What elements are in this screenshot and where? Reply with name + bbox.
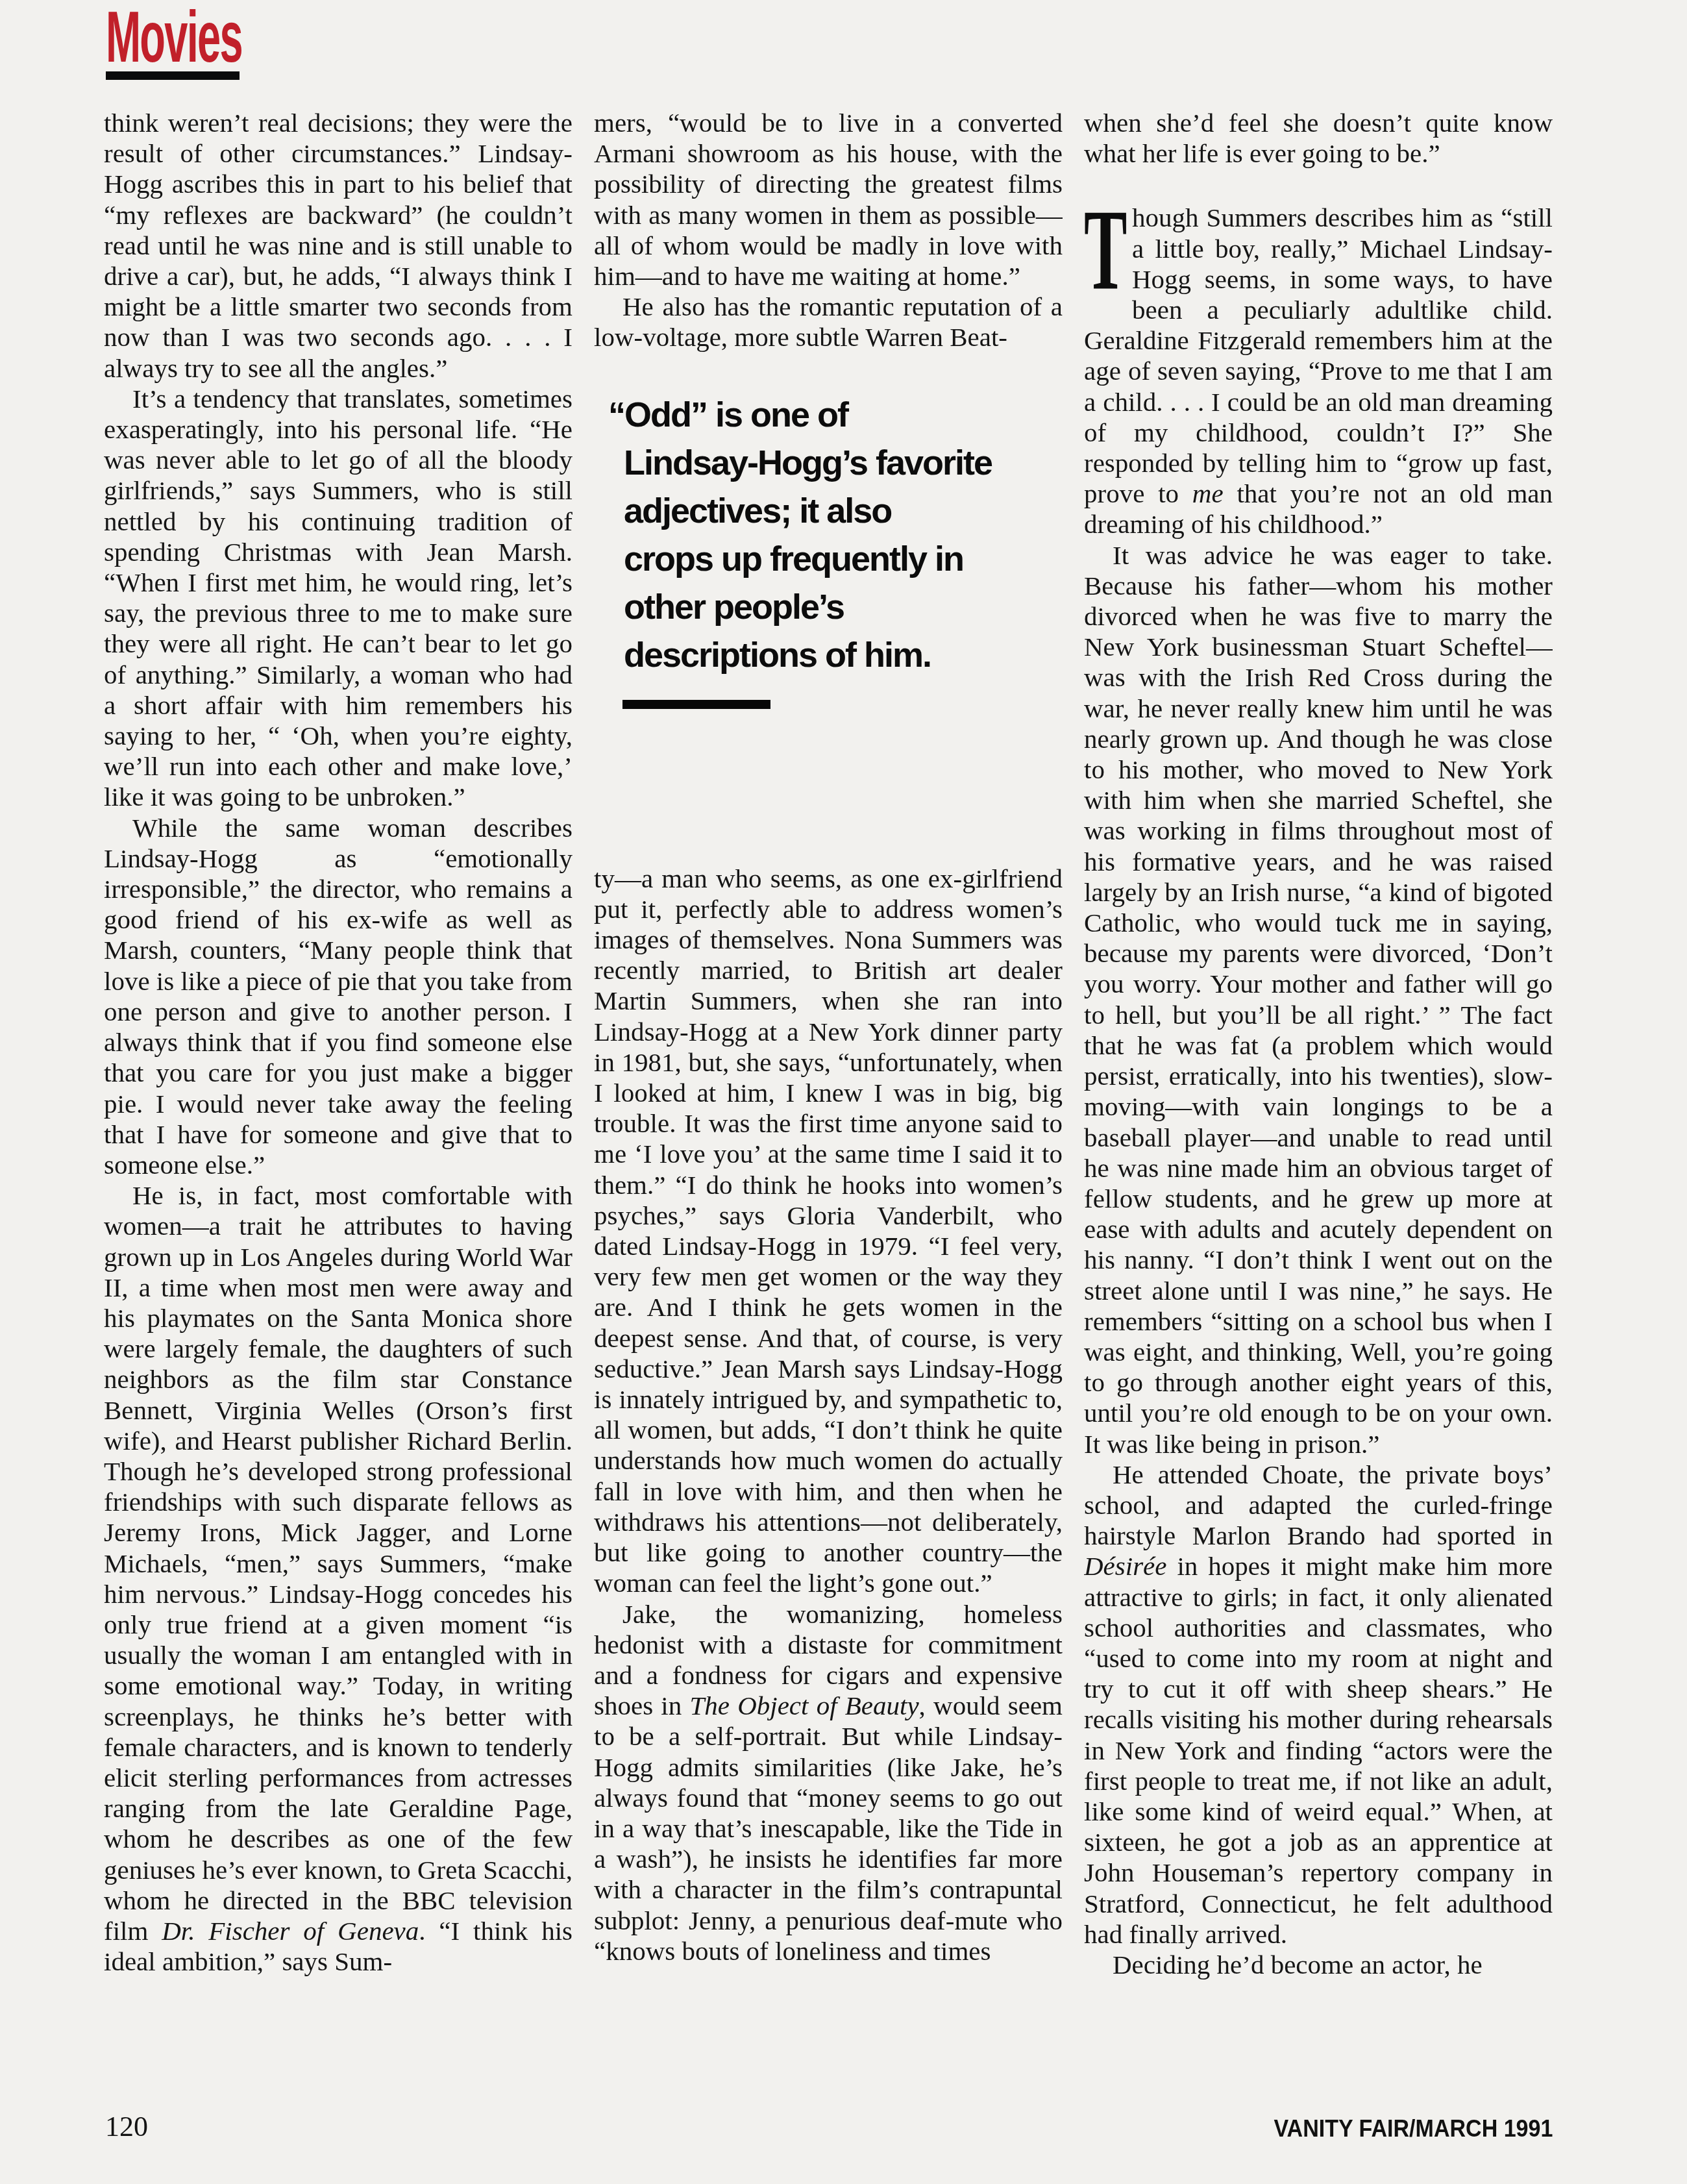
- paragraph: He is, in fact, most comfortable with wo…: [104, 1180, 573, 1977]
- pull-quote-line: adjectives; it also: [624, 487, 1063, 535]
- italic-text: Dr. Fischer of Geneva: [162, 1916, 419, 1946]
- body-text: ty—a man who seems, as one ex-girlfriend…: [594, 863, 1063, 1598]
- paragraph: think weren’t real decisions; they were …: [104, 108, 573, 384]
- pull-quote-rule: [622, 700, 770, 709]
- article-body: think weren’t real decisions; they were …: [104, 108, 1553, 2107]
- paragraph: Though Summers describes him as “still a…: [1084, 203, 1553, 540]
- body-text: Deciding he’d become an actor, he: [1113, 1950, 1483, 1979]
- body-text: think weren’t real decisions; they were …: [104, 108, 573, 383]
- italic-text: me: [1192, 478, 1224, 508]
- body-text: He attended Choate, the private boys’ sc…: [1084, 1459, 1553, 1550]
- paragraph: While the same woman describes Lindsay-H…: [104, 813, 573, 1180]
- pull-quote-line: Lindsay-Hogg’s favorite: [624, 439, 1063, 487]
- body-text: It was advice he was eager to take. Beca…: [1084, 540, 1553, 1459]
- paragraph: He also has the romantic reputation of a…: [594, 292, 1063, 353]
- pull-quote: “Odd” is one ofLindsay-Hogg’s favoritead…: [594, 391, 1063, 709]
- paragraph: ty—a man who seems, as one ex-girlfriend…: [594, 863, 1063, 1599]
- body-text: , would seem to be a self-portrait. But …: [594, 1691, 1063, 1966]
- pull-quote-lines: “Odd” is one ofLindsay-Hogg’s favoritead…: [624, 391, 1063, 679]
- column-2-bottom: ty—a man who seems, as one ex-girlfriend…: [594, 863, 1063, 1967]
- page-number: 120: [105, 2110, 148, 2143]
- paragraph: He attended Choate, the private boys’ sc…: [1084, 1459, 1553, 1950]
- body-text: It’s a tendency that translates, sometim…: [104, 384, 573, 812]
- section-masthead: Movies: [106, 5, 341, 80]
- column-1: think weren’t real decisions; they were …: [104, 108, 573, 2107]
- body-text: mers, “would be to live in a converted A…: [594, 108, 1063, 291]
- body-text: While the same woman describes Lindsay-H…: [104, 813, 573, 1180]
- paragraph: It was advice he was eager to take. Beca…: [1084, 540, 1553, 1459]
- italic-text: Désirée: [1084, 1551, 1167, 1581]
- drop-cap-letter: T: [1084, 205, 1108, 295]
- magazine-page: Movies think weren’t real decisions; the…: [0, 0, 1687, 2184]
- column-2: mers, “would be to live in a converted A…: [594, 108, 1063, 2107]
- pull-quote-line: other people’s: [624, 583, 1063, 631]
- body-text: when she’d feel she doesn’t quite know w…: [1084, 108, 1553, 168]
- magazine-credit: VANITY FAIR/MARCH 1991: [1274, 2115, 1553, 2142]
- paragraph: Deciding he’d become an actor, he: [1084, 1950, 1553, 1980]
- paragraph: mers, “would be to live in a converted A…: [594, 108, 1063, 292]
- italic-text: The Object of Beauty: [689, 1691, 918, 1720]
- paragraph: It’s a tendency that translates, sometim…: [104, 384, 573, 813]
- pull-quote-line: crops up frequently in: [624, 535, 1063, 583]
- body-text: He is, in fact, most comfortable with wo…: [104, 1180, 573, 1946]
- column-2-top: mers, “would be to live in a converted A…: [594, 108, 1063, 353]
- pull-quote-line: descriptions of him.: [624, 631, 1063, 679]
- pull-quote-line: “Odd” is one of: [608, 391, 1063, 439]
- column-3: when she’d feel she doesn’t quite know w…: [1084, 108, 1553, 2107]
- paragraph: when she’d feel she doesn’t quite know w…: [1084, 108, 1553, 169]
- body-text: in hopes it might make him more attracti…: [1084, 1551, 1553, 1948]
- section-title: Movies: [106, 5, 242, 69]
- paragraph: Jake, the womanizing, homeless hedonist …: [594, 1599, 1063, 1967]
- body-text: hough Summers describes him as “still a …: [1084, 203, 1553, 508]
- body-text: He also has the romantic reputation of a…: [594, 292, 1063, 352]
